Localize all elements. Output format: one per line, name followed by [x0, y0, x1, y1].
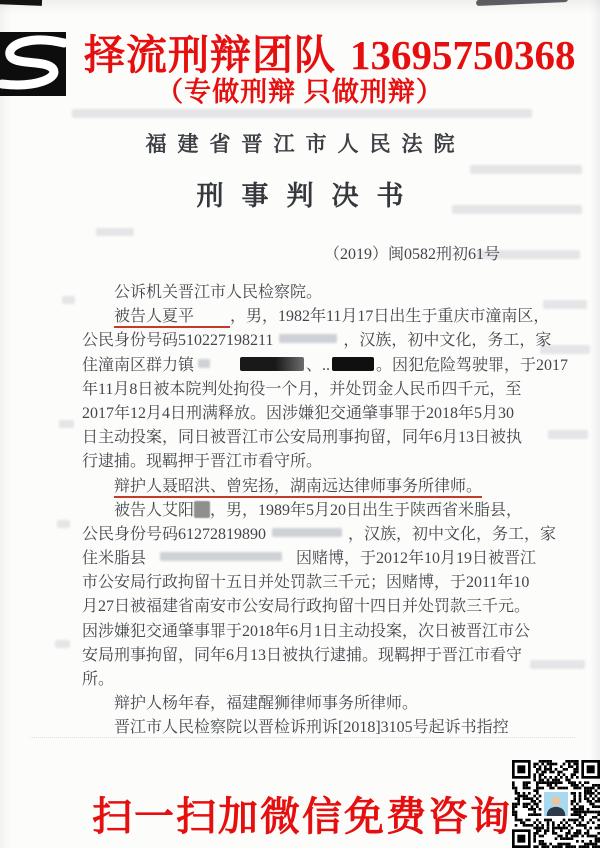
redaction-box [194, 501, 210, 518]
body-text: 住米脂县 [82, 550, 146, 567]
body-line: 行逮捕。现羁押于晋江市看守所。 [82, 450, 534, 474]
body-line: 辩护人杨年春，福建醒狮律师事务所律师。 [82, 692, 534, 716]
body-text: 被告人艾阳 [114, 502, 194, 519]
wechat-cta-text: 扫一扫加微信免费咨询 [92, 785, 512, 842]
phone-number: 13695750368 [350, 32, 576, 78]
bleedthrough-smudge [59, 420, 74, 428]
body-line: 公诉机关晋江市人民检察院。 [82, 281, 534, 305]
body-line: 所。 [82, 668, 534, 692]
bleedthrough-smudge [62, 296, 75, 304]
body-text: ，男，1982年11月17日出生于重庆市潼南区， [230, 308, 549, 325]
body-line: 年11月8日被本院判处拘役一个月，并处罚金人民币四千元，至 [82, 378, 534, 402]
body-line: 被告人夏平，男，1982年11月17日出生于重庆市潼南区， [82, 305, 534, 329]
body-line: 月27日被福建省南安市公安局行政拘留十四日并处罚款三千元。 [82, 595, 534, 619]
body-text: 、.. [306, 357, 330, 374]
body-line: 公民身份号码510227198211，汉族，初中文化，务工，家 [82, 329, 534, 353]
scanned-judgment-page: 择流刑辩团队13695750368 （专做刑辩 只做刑辩） 扫一扫加微信免费咨询… [0, 0, 600, 848]
body-text: 住潼南区群力镇 [82, 357, 194, 374]
body-line: 晋江市人民检察院以晋检诉刑诉[2018]3105号起诉书指控 [82, 716, 534, 740]
body-line: 2017年12月4日刑满释放。因涉嫌犯交通肇事罪于2018年5月30 [82, 402, 534, 426]
case-number: （2019）闽0582刑初61号 [324, 241, 500, 264]
scan-edge-artifact [0, 0, 42, 6]
document-body: 公诉机关晋江市人民检察院。 被告人夏平，男，1982年11月17日出生于重庆市潼… [82, 281, 534, 741]
body-line: 因涉嫌犯交通肇事罪于2018年6月1日主动投案，次日被晋江市公 [82, 620, 534, 644]
court-name: 福建省晋江市人民法院 [0, 128, 600, 158]
body-text: 因赌博，于2012年10月19日被晋江 [296, 550, 536, 567]
body-line: 市公安局行政拘留十五日并处罚款三千元；因赌博，于2011年10 [82, 571, 534, 595]
brand-name: 择流刑辩团队 [84, 32, 336, 78]
brand-headline: 择流刑辩团队13695750368 [84, 32, 594, 78]
redaction-box [332, 357, 374, 371]
body-text: 。因犯危险驾驶罪，于2017 [376, 357, 568, 374]
body-line: 日主动投案，同日被晋江市公安局刑事拘留，同年6月13日被执 [82, 426, 534, 450]
scan-edge-artifact [476, 0, 568, 6]
redaction-smear [272, 528, 342, 537]
bleedthrough-smudge [72, 109, 532, 118]
bleedthrough-smudge [543, 300, 587, 309]
body-text: ，汉族，初中文化，务工，家 [343, 332, 551, 349]
body-line: 住米脂县因赌博，于2012年10月19日被晋江 [82, 547, 534, 571]
bleedthrough-smudge [96, 228, 134, 236]
redaction-smear [198, 359, 210, 368]
redaction-box [240, 357, 304, 371]
body-line: 住潼南区群力镇、..。因犯危险驾驶罪，于2017 [82, 354, 534, 378]
redaction-smear [160, 552, 282, 561]
bleedthrough-smudge [548, 430, 588, 439]
body-line: 被告人艾阳，男，1989年5月20日出生于陕西省米脂县， [82, 499, 534, 523]
qr-code-image [512, 760, 600, 848]
body-text: ，汉族，初中文化，务工，家 [348, 526, 556, 543]
bleedthrough-smudge [55, 640, 70, 648]
body-text: ，男，1989年5月20日出生于陕西省米脂县， [210, 502, 522, 519]
defendant1-name-underlined: 被告人夏平 [114, 308, 230, 328]
document-title: 刑事判决书 [0, 174, 600, 213]
brand-tagline: （专做刑辩 只做刑辩） [0, 77, 600, 107]
redaction-smear [279, 334, 337, 343]
redacted-gap [146, 547, 296, 571]
body-line: 安局刑事拘留，同年6月13日被执行逮捕。现羁押于晋江市看守 [82, 644, 534, 668]
wechat-qr-code [512, 760, 600, 848]
body-text: 公民身份号码61272819890 [82, 526, 266, 543]
body-line: 公民身份号码61272819890，汉族，初中文化，务工，家 [82, 523, 534, 547]
body-text: 公民身份号码510227198211 [82, 332, 273, 349]
body-line: 辩护人聂昭洪、曾宪扬，湖南远达律师事务所律师。 [82, 475, 534, 499]
defenders1-underlined: 辩护人聂昭洪、曾宪扬，湖南远达律师事务所律师。 [114, 478, 482, 498]
bleedthrough-smudge [57, 520, 70, 528]
bleedthrough-smudge [470, 165, 582, 174]
bleedthrough-smudge [530, 660, 585, 669]
